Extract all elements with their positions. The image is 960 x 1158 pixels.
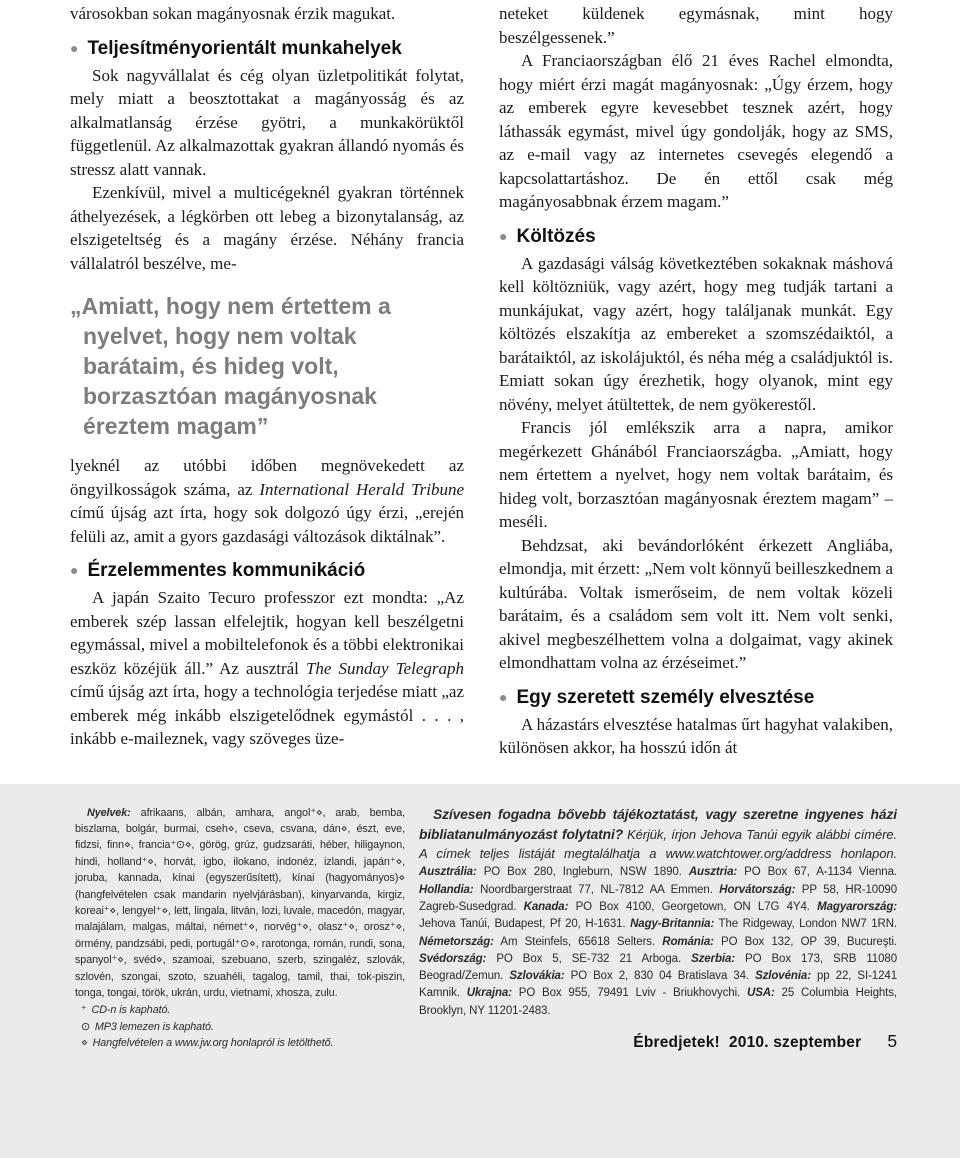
paragraph: városokban sokan magányosnak érzik maguk… — [70, 2, 464, 26]
left-column: városokban sokan magányosnak érzik maguk… — [70, 2, 464, 760]
languages-paragraph: Nyelvek: afrikaans, albán, amhara, angol… — [75, 805, 405, 1002]
page-number: 5 — [887, 1031, 897, 1051]
issue-line: Ébredjetek! 2010. szeptember5 — [419, 1033, 897, 1053]
footnote-symbol-icon: ⊙ — [81, 1021, 90, 1033]
article-body: városokban sokan magányosnak érzik maguk… — [0, 0, 960, 760]
section-heading-label: Teljesítményorientált munkahelyek — [87, 38, 401, 59]
country-address: Jehova Tanúi, Budapest, Pf 20, H-1631. — [419, 918, 630, 930]
country-address: Am Steinfels, 65618 Selters. — [494, 936, 662, 948]
contact-block: Szívesen fogadna bővebb tájékoztatást, v… — [419, 805, 897, 1054]
country-address: PO Box 5, SE-732 21 Arboga. — [486, 953, 691, 965]
languages-block: Nyelvek: afrikaans, albán, amhara, angol… — [75, 805, 405, 1054]
bullet-icon: ● — [70, 562, 78, 578]
paragraph: Francis jól emlékszik arra a napra, amik… — [499, 416, 893, 534]
section-heading: ●Érzelemmentes kommunikáció — [70, 559, 464, 582]
page-footer: Nyelvek: afrikaans, albán, amhara, angol… — [0, 784, 960, 1158]
magazine-page: városokban sokan magányosnak érzik maguk… — [0, 0, 960, 1158]
country-name: Kanada: — [524, 901, 569, 913]
section-heading-label: Érzelemmentes kommunikáció — [87, 560, 365, 581]
country-name: Németország: — [419, 936, 494, 948]
section-heading-label: Költözés — [516, 226, 595, 247]
country-name: Szlovénia: — [755, 970, 811, 982]
paragraph: Sok nagyvállalat és cég olyan üzletpolit… — [70, 64, 464, 182]
footnote: ⋄ Hangfelvételen a www.jw.org honlapról … — [89, 1035, 405, 1051]
paragraph: A házastárs elvesztése hatalmas űrt hagy… — [499, 713, 893, 760]
country-address: PO Box 2, 830 04 Bratislava 34. — [565, 970, 755, 982]
country-name: Horvátország: — [719, 884, 795, 896]
paragraph: A japán Szaito Tecuro professzor ezt mon… — [70, 586, 464, 751]
contact-paragraph: Szívesen fogadna bővebb tájékoztatást, v… — [419, 805, 897, 1021]
section-heading: ●Egy szeretett személy elvesztése — [499, 686, 893, 709]
country-address: PO Box 4100, Georgetown, ON L7G 4Y4. — [568, 901, 817, 913]
country-name: Szlovákia: — [509, 970, 564, 982]
country-address: PO Box 67, A-1134 Vienna. — [737, 866, 897, 878]
paragraph: Ezenkívül, mivel a multicégeknél gyakran… — [70, 181, 464, 275]
paragraph: lyeknél az utóbbi időben megnövekedett a… — [70, 454, 464, 548]
footnote-legend: ⁺ CD-n is kapható.⊙ MP3 lemezen is kapha… — [75, 1002, 405, 1051]
country-name: Románia: — [662, 936, 714, 948]
country-name: Szerbia: — [691, 953, 735, 965]
footnote-symbol-icon: ⋄ — [81, 1037, 88, 1049]
paragraph: neteket küldenek egymásnak, mint hogy be… — [499, 2, 893, 49]
country-name: Magyarország: — [817, 901, 897, 913]
country-name: Ausztria: — [689, 866, 737, 878]
issue-title: Ébredjetek! 2010. szeptember — [633, 1034, 861, 1051]
country-name: USA: — [747, 987, 775, 999]
country-address: Noordbargerstraat 77, NL-7812 AA Emmen. — [474, 884, 720, 896]
right-column: neteket küldenek egymásnak, mint hogy be… — [499, 2, 893, 760]
country-address: PO Box 280, Ingleburn, NSW 1890. — [477, 866, 689, 878]
paragraph: A gazdasági válság következtében sokakna… — [499, 252, 893, 417]
country-name: Ausztrália: — [419, 866, 477, 878]
country-name: Nagy-Britannia: — [630, 918, 714, 930]
country-name: Svédország: — [419, 953, 486, 965]
bullet-icon: ● — [70, 40, 78, 56]
section-heading: ●Költözés — [499, 225, 893, 248]
languages-list: afrikaans, albán, amhara, angol⁺⋄, arab,… — [75, 807, 405, 999]
paragraph: A Franciaországban élő 21 éves Rachel el… — [499, 49, 893, 214]
country-address: The Ridgeway, London NW7 1RN. — [714, 918, 897, 930]
section-heading: ●Teljesítményorientált munkahelyek — [70, 37, 464, 60]
section-heading-label: Egy szeretett személy elvesztése — [516, 687, 814, 708]
footnote: ⁺ CD-n is kapható. — [89, 1002, 405, 1018]
country-address: PO Box 132, OP 39, Bucureşti. — [714, 936, 897, 948]
languages-label: Nyelvek: — [87, 807, 131, 819]
bullet-icon: ● — [499, 228, 507, 244]
branch-addresses: Ausztrália: PO Box 280, Ingleburn, NSW 1… — [419, 866, 897, 1016]
country-name: Ukrajna: — [467, 987, 512, 999]
paragraph: Behdzsat, aki bevándorlóként érkezett An… — [499, 534, 893, 675]
country-name: Hollandia: — [419, 884, 474, 896]
pull-quote: „Amiatt, hogy nem értettem a nyelvet, ho… — [70, 291, 464, 441]
footnote: ⊙ MP3 lemezen is kapható. — [89, 1019, 405, 1035]
country-address: PO Box 955, 79491 Lviv - Briukhovychi. — [512, 987, 747, 999]
footnote-symbol-icon: ⁺ — [81, 1004, 87, 1016]
bullet-icon: ● — [499, 689, 507, 705]
